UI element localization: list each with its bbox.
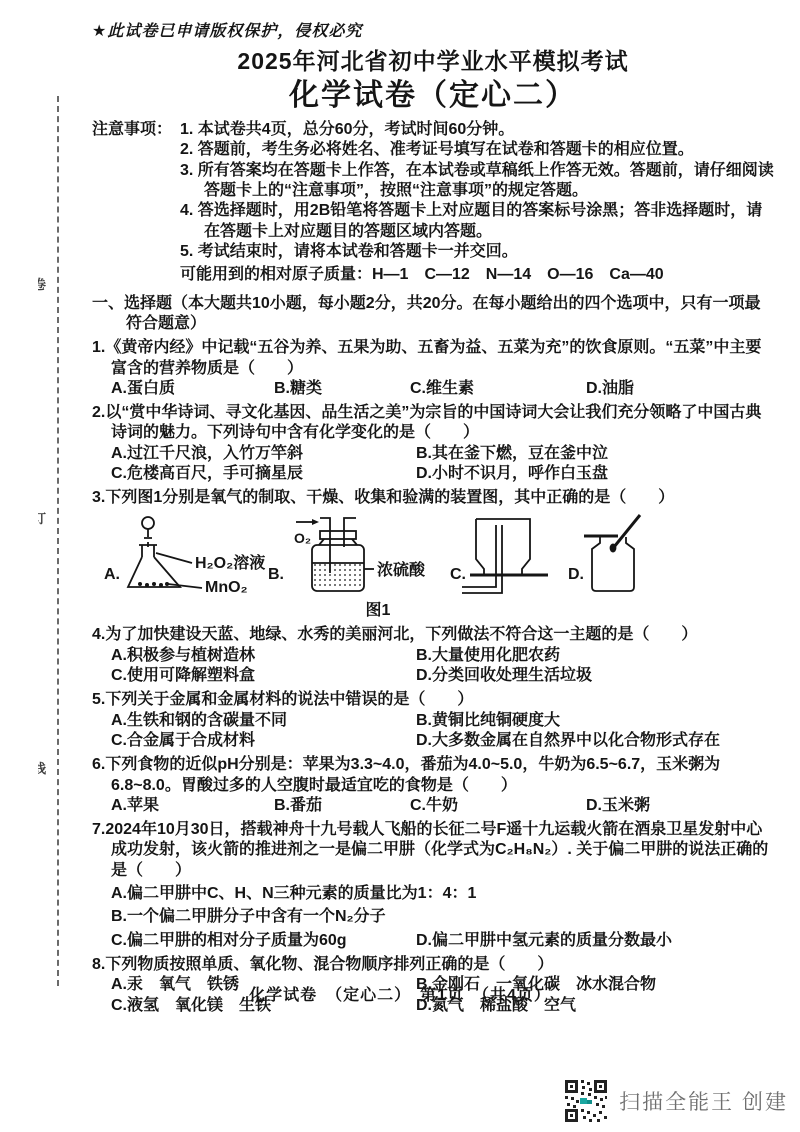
o2-label: O₂ [294,530,311,546]
option-B: B.黄铜比纯铜硬度大 [416,711,774,731]
question-1-stem: 1.《黄帝内经》中记载“五谷为养、五果为助、五畜为益、五菜为充”的饮食原则。“五… [92,338,774,379]
exam-title: 2025年河北省初中学业水平模拟考试 [92,47,774,76]
binding-char-text: 线 [38,758,46,777]
option-C: C.危楼高百尺，手可摘星辰 [111,464,416,484]
question-5-options: A.生铁和钢的含碳量不同 B.黄铜比纯铜硬度大 C.合金属于合成材料 D.大多数… [92,711,774,752]
notice-label: 注意事项： [92,120,180,262]
question-2-options: A.过江千尺浪，入竹万竿斜 B.其在釜下燃，豆在釜中泣 C.危楼高百尺，手可摘星… [92,444,774,485]
option-B: B.大量使用化肥农药 [416,646,774,666]
option-A: A.蛋白质 [111,379,274,399]
question-3: 3.下列图1分别是氧气的制取、干燥、收集和验满的装置图，其中正确的是（ ） A. [92,488,774,621]
question-7: 7.2024年10月30日，搭载神舟十九号载人飞船的长征二号F遥十九运载火箭在酒… [92,820,774,951]
section-heading: 一、选择题（本大题共10小题，每小题2分，共20分。在每小题给出的四个选项中，只… [92,294,774,335]
wash-bottle-stopper [320,531,356,539]
option-C: C.偏二甲肼的相对分子质量为60g [111,931,416,951]
binding-char-text: 卷 [38,274,46,293]
apparatus-a-label: A. [104,566,120,583]
notice-item-5: 5. 考试结束时，请将本试卷和答题卡一并交回。 [180,242,774,262]
qr-code [563,1078,609,1124]
atomic-masses-line: 可能用到的相对原子质量：H—1 C—12 N—14 O—16 Ca—40 [180,265,774,285]
option-D: D.偏二甲肼中氢元素的质量分数最小 [416,931,774,951]
option-C: C.维生素 [410,379,586,399]
dropping-funnel-icon [142,517,154,529]
apparatus-d-label: D. [568,566,584,583]
scanner-watermark: 扫描全能王 创建 [563,1078,788,1124]
option-D: D.玉米粥 [586,796,774,816]
question-4-options: A.积极参与植树造林 B.大量使用化肥农药 C.使用可降解塑料盒 D.分类回收处… [92,646,774,687]
option-D: D.分类回收处理生活垃圾 [416,666,774,686]
notice-items: 1. 本试卷共4页，总分60分，考试时间60分钟。 2. 答题前，考生务必将姓名… [180,120,774,262]
option-D: D.大多数金属在自然界中以化合物形式存在 [416,731,774,751]
mno2-label: MnO₂ [205,579,248,595]
option-A: A.苹果 [111,796,274,816]
question-3-stem: 3.下列图1分别是氧气的制取、干燥、收集和验满的装置图，其中正确的是（ ） [92,488,774,508]
copyright-notice: ★此试卷已申请版权保护，侵权必究 [92,22,774,42]
question-2-stem: 2.以“赏中华诗词、寻文化基因、品生活之美”为宗旨的中国诗词大会让我们充分领略了… [92,403,774,444]
question-5: 5.下列关于金属和金属材料的说法中错误的是（ ） A.生铁和钢的含碳量不同 B.… [92,690,774,751]
question-6: 6.下列食物的近似pH分别是：苹果为3.3~4.0，番茄为4.0~5.0，牛奶为… [92,755,774,816]
inverted-bottle-icon [476,519,530,574]
question-7-stem: 7.2024年10月30日，搭载神舟十九号载人飞船的长征二号F遥十九运载火箭在酒… [92,820,774,881]
notice-item-4: 4. 答选择题时，用2B铅笔将答题卡上对应题目的答案标号涂黑；答非选择题时，请在… [180,201,774,242]
option-B: B.番茄 [274,796,410,816]
question-7-options-cd: C.偏二甲肼的相对分子质量为60g D.偏二甲肼中氢元素的质量分数最小 [92,931,774,951]
wash-bottle-neck [319,539,357,545]
option-A: A.积极参与植树造林 [111,646,416,666]
figure-1-caption: 图1 [98,601,658,621]
delivery-tube [462,525,502,593]
option-D: D.小时不识月，呼作白玉盘 [416,464,774,484]
option-C: C.牛奶 [410,796,586,816]
option-B: B.一个偏二甲肼分子中含有一个N₂分子 [92,907,774,927]
question-5-stem: 5.下列关于金属和金属材料的说法中错误的是（ ） [92,690,774,710]
gas-in-arrowhead [312,519,319,525]
h2o2-label: H₂O₂溶液 [195,553,265,572]
acid-label: 浓硫酸 [377,560,426,579]
figure-1: A. H₂O₂溶液 MnO₂ B. O₂ [98,513,774,622]
exam-page: 卷 订 线 ★此试卷已申请版权保护，侵权必究 2025年河北省初中学业水平模拟考… [0,0,800,1132]
notice-item-3: 3. 所有答案均在答题卡上作答，在本试卷或草稿纸上作答无效。答题前，请仔细阅读答… [180,161,774,202]
binding-char-3: 线 [38,758,48,777]
option-A: A.偏二甲肼中C、H、N三种元素的质量比为1：4：1 [92,884,774,904]
option-A: A.过江千尺浪，入竹万竿斜 [111,444,416,464]
option-C: C.使用可降解塑料盒 [111,666,416,686]
apparatus-b-label: B. [268,566,284,583]
binding-char-2: 订 [38,508,48,527]
question-8-stem: 8.下列物质按照单质、氧化物、混合物顺序排列正确的是（ ） [92,955,774,975]
question-2: 2.以“赏中华诗词、寻文化基因、品生活之美”为宗旨的中国诗词大会让我们充分领略了… [92,403,774,484]
option-A: A.生铁和钢的含碳量不同 [111,711,416,731]
question-6-stem: 6.下列食物的近似pH分别是：苹果为3.3~4.0，番茄为4.0~5.0，牛奶为… [92,755,774,796]
notice-section: 注意事项： 1. 本试卷共4页，总分60分，考试时间60分钟。 2. 答题前，考… [92,120,774,262]
question-4-stem: 4.为了加快建设天蓝、地绿、水秀的美丽河北，下列做法不符合这一主题的是（ ） [92,625,774,645]
option-D: D.油脂 [586,379,774,399]
binding-line [57,96,59,986]
binding-char-text: 订 [38,508,46,527]
question-1: 1.《黄帝内经》中记载“五谷为养、五果为助、五畜为益、五菜为充”的饮食原则。“五… [92,338,774,399]
option-B: B.糖类 [274,379,410,399]
notice-item-2: 2. 答题前，考生务必将姓名、准考证号填写在试卷和答题卡的相应位置。 [180,140,774,160]
binding-char-1: 卷 [38,274,48,293]
figure-1-apparatus: A. H₂O₂溶液 MnO₂ B. O₂ [98,513,758,595]
splint-glow [610,543,617,552]
option-B: B.其在釜下燃，豆在釜中泣 [416,444,774,464]
notice-item-1: 1. 本试卷共4页，总分60分，考试时间60分钟。 [180,120,774,140]
apparatus-c-label: C. [450,566,466,583]
paper-title: 化学试卷（定心二） [92,76,774,115]
question-6-options: A.苹果 B.番茄 C.牛奶 D.玉米粥 [92,796,774,816]
splint [614,515,640,547]
acid-liquid [314,563,362,589]
question-1-options: A.蛋白质 B.糖类 C.维生素 D.油脂 [92,379,774,399]
watermark-text: 扫描全能王 创建 [619,1086,788,1116]
page-footer: 化学试卷 （定心二） 第1页 （共4页） [0,982,800,1005]
option-C: C.合金属于合成材料 [111,731,416,751]
conical-flask-icon [128,545,180,587]
question-4: 4.为了加快建设天蓝、地绿、水秀的美丽河北，下列做法不符合这一主题的是（ ） A… [92,625,774,686]
page-content: ★此试卷已申请版权保护，侵权必究 2025年河北省初中学业水平模拟考试 化学试卷… [92,22,774,1016]
leader-line-h2o2 [156,553,192,563]
